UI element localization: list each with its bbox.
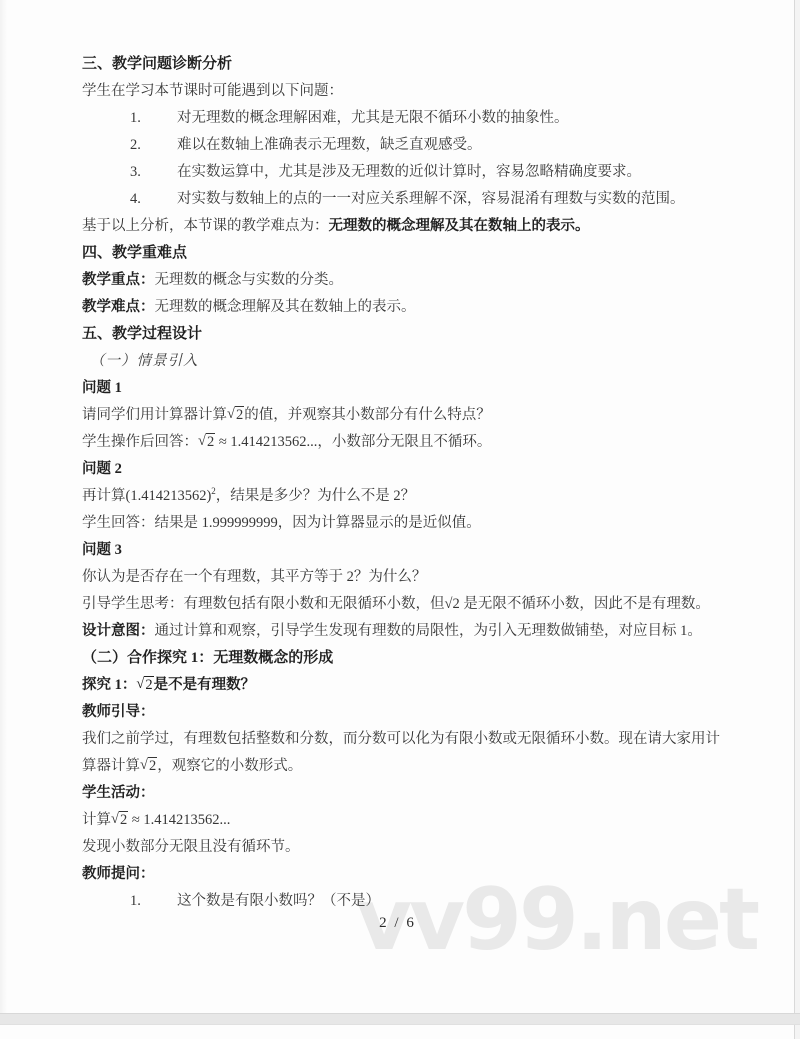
question-label: 问题 1 xyxy=(82,375,772,402)
paragraph-with-math: 算器计算√2，观察它的小数形式。 xyxy=(82,753,772,780)
list-number: 1. xyxy=(130,888,177,915)
paragraph-text: 是不是有理数？ xyxy=(154,677,256,693)
paragraph-text: 算器计算 xyxy=(82,758,140,774)
radicand: 2 xyxy=(206,433,215,450)
sqrt-expression: √2 xyxy=(136,677,153,693)
paragraph-text: 再计算(1.414213562) xyxy=(82,488,211,504)
section-heading-5: 五、教学过程设计 xyxy=(82,321,772,348)
labeled-paragraph: 教学难点：无理数的概念理解及其在数轴上的表示。 xyxy=(82,294,772,321)
radicand: 2 xyxy=(119,811,128,828)
paragraph: 你认为是否存在一个有理数，其平方等于 2？为什么？ xyxy=(82,564,772,591)
radical-sign-icon: √ xyxy=(227,401,235,428)
question-label: 问题 2 xyxy=(82,456,772,483)
list-item-text: 难以在数轴上准确表示无理数，缺乏直观感受。 xyxy=(177,137,482,153)
radical-sign-icon: √ xyxy=(136,671,144,698)
page-number: 2 / 6 xyxy=(0,915,795,932)
labeled-paragraph: 教学重点：无理数的概念与实数的分类。 xyxy=(82,267,772,294)
section-heading-3: 三、教学问题诊断分析 xyxy=(82,51,772,78)
document-viewer: { "math": { "radical_sign": "√" }, "wate… xyxy=(0,0,800,1039)
role-label: 教师引导： xyxy=(82,699,772,726)
labeled-paragraph: 设计意图：通过计算和观察，引导学生发现有理数的局限性，为引入无理数做铺垫，对应目… xyxy=(82,618,772,645)
paragraph-text: 请同学们用计算器计算 xyxy=(82,407,227,423)
list-item-text: 对实数与数轴上的点的一一对应关系理解不深，容易混淆有理数与实数的范围。 xyxy=(177,191,685,207)
paragraph-text: 计算 xyxy=(82,812,111,828)
sqrt-expression: √2 xyxy=(111,812,128,828)
list-number: 2. xyxy=(130,132,177,159)
paragraph-text: 无理数的概念理解及其在数轴上的表示。 xyxy=(155,299,416,315)
next-page-edge xyxy=(0,1025,795,1039)
list-item-text: 对无理数的概念理解困难，尤其是无限不循环小数的抽象性。 xyxy=(177,110,569,126)
paragraph-text: 的值，并观察其小数部分有什么特点？ xyxy=(244,407,491,423)
list-item-text: 在实数运算中，尤其是涉及无理数的近似计算时，容易忽略精确度要求。 xyxy=(177,164,641,180)
inquiry-heading-with-math: 探究 1：√2是不是有理数？ xyxy=(82,672,772,699)
list-item-text: 这个数是有限小数吗？（不是） xyxy=(177,893,380,909)
paragraph: 发现小数部分无限且没有循环节。 xyxy=(82,834,772,861)
question-label: 问题 3 xyxy=(82,537,772,564)
subsection-heading: （一）情景引入 xyxy=(82,348,772,375)
paragraph: 我们之前学过，有理数包括整数和分数，而分数可以化为有限小数或无限循环小数。现在请… xyxy=(82,726,772,753)
list-item: 2.难以在数轴上准确表示无理数，缺乏直观感受。 xyxy=(82,132,772,159)
paragraph-text: ≈ 1.414213562...，小数部分无限且不循环。 xyxy=(215,434,491,450)
role-label: 学生活动： xyxy=(82,780,772,807)
radicand: 2 xyxy=(235,406,244,423)
sqrt-expression: √2 xyxy=(140,758,157,774)
document-page: vv99.net 三、教学问题诊断分析 学生在学习本节课时可能遇到以下问题： 1… xyxy=(0,0,795,1013)
paragraph-text: 基于以上分析，本节课的教学难点为： xyxy=(82,218,329,234)
paragraph-text: 无理数的概念与实数的分类。 xyxy=(155,272,344,288)
list-number: 4. xyxy=(130,186,177,213)
list-item: 4.对实数与数轴上的点的一一对应关系理解不深，容易混淆有理数与实数的范围。 xyxy=(82,186,772,213)
sqrt-expression: √2 xyxy=(198,434,215,450)
paragraph-label: 教学难点： xyxy=(82,299,155,315)
paragraph-with-math: 计算√2 ≈ 1.414213562... xyxy=(82,807,772,834)
paragraph: 引导学生思考：有理数包括有限小数和无限循环小数，但√2 是无限不循环小数，因此不… xyxy=(82,591,772,618)
list-item: 1.对无理数的概念理解困难，尤其是无限不循环小数的抽象性。 xyxy=(82,105,772,132)
radicand: 2 xyxy=(144,676,153,693)
list-item: 1.这个数是有限小数吗？（不是） xyxy=(82,888,772,915)
paragraph: 学生在学习本节课时可能遇到以下问题： xyxy=(82,78,772,105)
radical-sign-icon: √ xyxy=(111,806,119,833)
paragraph: 学生回答：结果是 1.999999999，因为计算器显示的是近似值。 xyxy=(82,510,772,537)
sqrt-expression: √2 xyxy=(227,407,244,423)
list-number: 3. xyxy=(130,159,177,186)
role-label: 教师提问： xyxy=(82,861,772,888)
list-number: 1. xyxy=(130,105,177,132)
paragraph-label: 教学重点： xyxy=(82,272,155,288)
list-item: 3.在实数运算中，尤其是涉及无理数的近似计算时，容易忽略精确度要求。 xyxy=(82,159,772,186)
emphasized-text: 无理数的概念理解及其在数轴上的表示。 xyxy=(329,218,590,234)
radical-sign-icon: √ xyxy=(198,428,206,455)
paragraph-text: 学生操作后回答： xyxy=(82,434,198,450)
paragraph-label: 设计意图： xyxy=(82,623,155,639)
paragraph-with-math: 请同学们用计算器计算√2的值，并观察其小数部分有什么特点？ xyxy=(82,402,772,429)
paragraph-label: 探究 1： xyxy=(82,677,136,693)
subsection-heading-2: （二）合作探究 1：无理数概念的形成 xyxy=(82,645,772,672)
document-content: 三、教学问题诊断分析 学生在学习本节课时可能遇到以下问题： 1.对无理数的概念理… xyxy=(82,51,772,915)
page-gap-divider xyxy=(0,1013,800,1025)
paragraph-text: ，结果是多少？为什么不是 2？ xyxy=(216,488,415,504)
paragraph-text: 通过计算和观察，引导学生发现有理数的局限性，为引入无理数做铺垫，对应目标 1。 xyxy=(155,623,702,639)
paragraph-with-math: 学生操作后回答：√2 ≈ 1.414213562...，小数部分无限且不循环。 xyxy=(82,429,772,456)
paragraph-text: ≈ 1.414213562... xyxy=(128,812,230,828)
paragraph-with-superscript: 再计算(1.414213562)2，结果是多少？为什么不是 2？ xyxy=(82,483,772,510)
radical-sign-icon: √ xyxy=(140,752,148,779)
section-heading-4: 四、教学重难点 xyxy=(82,240,772,267)
radicand: 2 xyxy=(148,757,157,774)
paragraph-text: ，观察它的小数形式。 xyxy=(157,758,302,774)
paragraph: 基于以上分析，本节课的教学难点为：无理数的概念理解及其在数轴上的表示。 xyxy=(82,213,772,240)
